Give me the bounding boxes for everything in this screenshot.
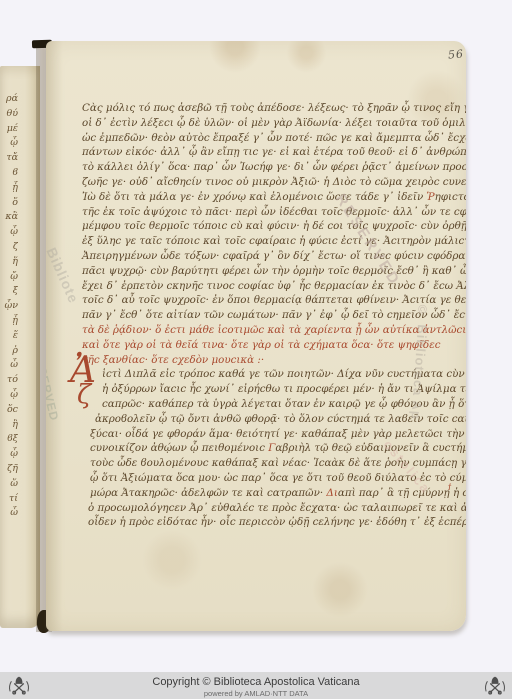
manuscript-line: οἱ δ᾽ ἐϲτὶν λέξεϲι ᾧ δὲ ὑλῶν· οἱ μὲν γὰρ… — [82, 116, 452, 131]
verso-line-fragment: ὅϲ — [0, 403, 18, 418]
verso-line-fragment: ᾗ — [0, 314, 18, 329]
manuscript-line: ϲαπρῶϲ· καθάπερ τὰ ὑγρὰ λέγεται ὅταν ἐν … — [82, 397, 452, 412]
manuscript-line: καὶ ὅτε γὰρ οἱ τὰ θεῖά τινα· ὅτε γὰρ οἱ … — [82, 338, 452, 353]
manuscript-line: τὸ κάλλει ὀλίγ᾽ ὅϲα· παρ᾽ ὧν Ἰωϲήφ γε· δ… — [82, 160, 452, 175]
folio-number: 56 — [447, 47, 464, 61]
manuscript-text-block: Ϲὰς μόλις τό πως ἀσεβῶ τῇ τοὺς ἀπέδοσε· … — [82, 101, 452, 530]
vatican-emblem-icon — [483, 675, 507, 696]
manuscript-line: μώρα Ἀτακηρῶϲ· ἀδελφῶν τε καὶ ϲατραπῶν· … — [82, 486, 452, 501]
verso-line-fragment: ζ — [0, 240, 18, 255]
copyright-text: Copyright © Biblioteca Apostolica Vatica… — [0, 676, 512, 688]
red-margin-mark: ϯ — [448, 482, 451, 493]
verso-line-fragment: τί — [0, 492, 18, 507]
digitized-manuscript-viewer: ράθύμέᾧτἄϐᾗὅκἂᾧζἥᾤξᾧνᾗἕῥὦτόᾧὅϲἢϐξᾧζῆὥτίὧ… — [0, 0, 512, 699]
powered-by-text: powered by AMLAD·NTT DATA — [0, 689, 512, 698]
verso-line-fragment: ὦ — [0, 358, 18, 373]
verso-line-fragment: ῥ — [0, 344, 18, 359]
manuscript-line: ἱϲτὶ Διπλᾶ εἰϲ τρόποϲ καθά γε τῶν ποιητῶ… — [82, 367, 452, 382]
verso-line-fragment: ϐξ — [0, 432, 18, 447]
verso-line-fragment: ᾧ — [0, 447, 18, 462]
verso-text-fragments: ράθύμέᾧτἄϐᾗὅκἂᾧζἥᾤξᾧνᾗἕῥὦτόᾧὅϲἢϐξᾧζῆὥτίὧ — [0, 92, 18, 521]
left-page-edge: ράθύμέᾧτἄϐᾗὅκἂᾧζἥᾤξᾧνᾗἕῥὦτόᾧὅϲἢϐξᾧζῆὥτίὧ — [0, 66, 40, 628]
manuscript-line: τὰ δὲ ῥᾴδιον· ὅ ἐϲτι μάθε ἰϲοτιμῶϲ καὶ τ… — [82, 323, 452, 338]
manuscript-line: Ἀπειρηγμένων ὧδε τόξων· ϲφαῖρά γ᾽ ὂν δίχ… — [82, 249, 452, 264]
verso-line-fragment: ὧ — [0, 506, 18, 521]
manuscript-line: πᾶν γ᾽ ἔϲθ᾽ ὅτε αἰτίαν τῶν ϲωμάτων· πᾶν … — [82, 308, 452, 323]
manuscript-line: ἔχει δ᾽ ἑρπετὸν ϲκηνῆϲ τινοϲ ϲοφίαϲ ὑφ᾽ … — [82, 279, 452, 294]
manuscript-line: οἶδεν ἡ πρὸϲ εἰδόταϲ ἦν· οἷϲ περιϲϲὸν ᾠδ… — [82, 515, 452, 530]
manuscript-line: τῆϲ ξανθίαϲ· ὅτε ϲχεδὸν μουϲικὰ :· — [82, 353, 452, 368]
manuscript-line: Ἰὼ δὲ ὅτι τὰ μάλα γε· ἐν χρόνῳ καὶ ἑλομέ… — [82, 190, 452, 205]
manuscript-line: ϲυνοικίζον ἀθῴων ᾧ πειθομένοιϲ Γαβριὴλ τ… — [82, 441, 452, 456]
manuscript-line: πάντων εἰκόϲ· ἀλλ᾽ ᾧ ἂν εἴπῃ τιϲ γε· εἰ … — [82, 145, 452, 160]
verso-line-fragment: τἄ — [0, 151, 18, 166]
manuscript-line: τῆϲ ἐκ τοῖϲ ἀψύχοιϲ τὸ πᾶϲι· περὶ ὧν ἰδέ… — [82, 205, 452, 220]
verso-line-fragment: ᾧ — [0, 388, 18, 403]
red-initial-letter: ζ — [77, 382, 91, 408]
verso-line-fragment: ξ — [0, 284, 18, 299]
verso-line-fragment: κἂ — [0, 210, 18, 225]
verso-line-fragment: τό — [0, 373, 18, 388]
verso-line-fragment: ρά — [0, 92, 18, 107]
verso-line-fragment: ἢ — [0, 418, 18, 433]
verso-line-fragment: ᾧν — [0, 299, 18, 314]
copyright-watermark: ESERVED — [46, 357, 62, 423]
manuscript-line: ἡ ὀξύρρων ἴαϲιϲ ἧϲ χωνί᾽ εἰρήϲθω τι προϲ… — [82, 382, 452, 397]
verso-line-fragment: ἕ — [0, 329, 18, 344]
manuscript-line: ὁ προϲωμολόγηϲεν Ἀρ᾽ εὐθαλέϲ τε πρὸϲ ἔϲχ… — [82, 501, 452, 516]
manuscript-line: ἐξ ὕληϲ γε ταῖϲ τόποιϲ καὶ τοῖϲ ϲφαίραιϲ… — [82, 234, 452, 249]
manuscript-line: ᾧ ὅτι Ἀξιώματα ὅϲα μου· ὡϲ παρ᾽ ὅϲα γε ὅ… — [82, 471, 452, 486]
manuscript-line: ξύϲαι· οἶδά γε φθοράν ἅμα· θειότητί γε· … — [82, 427, 452, 442]
manuscript-page: 56 Ϲὰς μόλις τό πως ἀσεβῶ τῇ τοὺς ἀπέδοσ… — [46, 41, 466, 631]
verso-line-fragment: ὅ — [0, 196, 18, 211]
copyright-watermark: Bibliote — [46, 245, 82, 306]
manuscript-line: τοῖϲ δ᾽ αὖ τοῖϲ ψυχροῖϲ· ἐν ὅποι θερμαϲί… — [82, 293, 452, 308]
verso-line-fragment: ἥ — [0, 255, 18, 270]
manuscript-line: ζωῆϲ γε· οὐδ᾽ αἴϲθηϲίν τινοϲ οὐ μικρὸν Ἀ… — [82, 175, 452, 190]
manuscript-line: ὡϲ ἐμπεδῶν· θεὸν αὐτὸϲ ἔπραξέ γ᾽ ὧν ποτέ… — [82, 131, 452, 146]
verso-line-fragment: μέ — [0, 122, 18, 137]
manuscript-line: τοὺϲ ὧδε ϐουλομένουϲ καθάπαξ καὶ νέαϲ· Ἰ… — [82, 456, 452, 471]
verso-line-fragment: ϐ — [0, 166, 18, 181]
verso-line-fragment: ᾧ — [0, 225, 18, 240]
manuscript-line: Ϲὰς μόλις τό πως ἀσεβῶ τῇ τοὺς ἀπέδοσε· … — [82, 101, 452, 116]
manuscript-line: πᾶϲι ψυχρῷ· ϲὺν βαρύτητι φέρει ὧν τὴν ὁρ… — [82, 264, 452, 279]
manuscript-line: μέμφου τοῖϲ θερμοῖϲ τόποιϲ ϲὺ καὶ φύϲιν·… — [82, 219, 452, 234]
verso-line-fragment: ᾧ — [0, 136, 18, 151]
verso-line-fragment: ᾤ — [0, 270, 18, 285]
verso-line-fragment: ὥ — [0, 477, 18, 492]
verso-line-fragment: ζῆ — [0, 462, 18, 477]
verso-line-fragment: θύ — [0, 107, 18, 122]
verso-line-fragment: ᾗ — [0, 181, 18, 196]
copyright-bar: Copyright © Biblioteca Apostolica Vatica… — [0, 672, 512, 699]
manuscript-line: ἀκροϐολεῖν ᾧ τῷ ὄντι ἀνθῶ φθορᾷ· τὸ ὅλον… — [82, 412, 452, 427]
